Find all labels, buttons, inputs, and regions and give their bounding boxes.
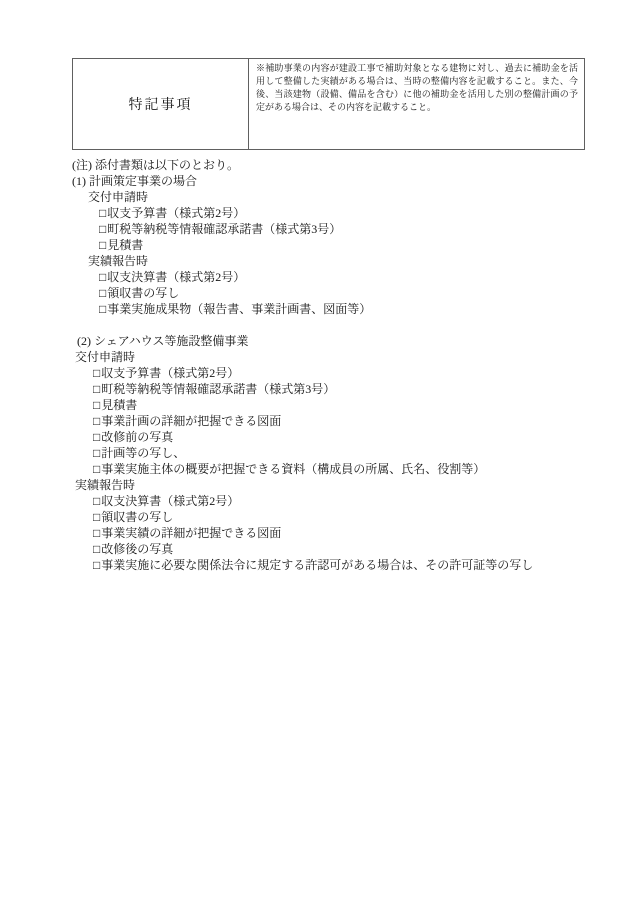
- checklist-item: □事業実施に必要な関係法令に規定する許認可がある場合は、その許可証等の写し: [72, 557, 533, 573]
- checklist-item: □見積書: [72, 237, 533, 253]
- checkbox-icon: □: [99, 222, 106, 236]
- checklist-item: □計画等の写し、: [72, 445, 533, 461]
- checkbox-icon: □: [93, 558, 100, 572]
- checkbox-icon: □: [99, 302, 106, 316]
- checklist-item-label: 収支決算書（様式第2号）: [107, 270, 245, 284]
- phase-label-application: 交付申請時: [72, 349, 533, 365]
- checkbox-icon: □: [93, 366, 100, 380]
- checklist-item-label: 計画等の写し、: [101, 446, 185, 460]
- checklist-item-label: 事業実績の詳細が把握できる図面: [101, 526, 281, 540]
- checklist-item-label: 町税等納税等情報確認承諾書（様式第3号）: [107, 222, 341, 236]
- checklist-item: □事業計画の詳細が把握できる図面: [72, 413, 533, 429]
- phase-label-application: 交付申請時: [72, 189, 533, 205]
- checkbox-icon: □: [99, 286, 106, 300]
- checklist-application: □収支予算書（様式第2号）□町税等納税等情報確認承諾書（様式第3号）□見積書: [72, 205, 533, 253]
- checkbox-icon: □: [93, 542, 100, 556]
- phase-label-report: 実績報告時: [72, 477, 533, 493]
- section-plan: (1) 計画策定事業の場合 交付申請時 □収支予算書（様式第2号）□町税等納税等…: [72, 173, 533, 317]
- phase-label-report: 実績報告時: [72, 253, 533, 269]
- special-notes-table: 特記事項 ※補助事業の内容が建設工事で補助対象となる建物に対し、過去に補助金を活…: [72, 58, 585, 150]
- checkbox-icon: □: [99, 206, 106, 220]
- checklist-item-label: 見積書: [107, 238, 143, 252]
- checkbox-icon: □: [93, 494, 100, 508]
- checklist-item: □事業実績の詳細が把握できる図面: [72, 525, 533, 541]
- checklist-item: □収支予算書（様式第2号）: [72, 365, 533, 381]
- checklist-item: □領収書の写し: [72, 285, 533, 301]
- checkbox-icon: □: [99, 270, 106, 284]
- checklist-item-label: 事業実施主体の概要が把握できる資料（構成員の所属、氏名、役割等）: [101, 462, 485, 476]
- checkbox-icon: □: [93, 430, 100, 444]
- checkbox-icon: □: [93, 462, 100, 476]
- attachments-note: (注) 添付書類は以下のとおり。: [72, 157, 533, 173]
- checklist-item: □収支決算書（様式第2号）: [72, 269, 533, 285]
- section-sharehouse: (2) シェアハウス等施設整備事業 交付申請時 □収支予算書（様式第2号）□町税…: [72, 333, 533, 573]
- checklist-application: □収支予算書（様式第2号）□町税等納税等情報確認承諾書（様式第3号）□見積書□事…: [72, 365, 533, 477]
- section-sharehouse-title: (2) シェアハウス等施設整備事業: [72, 333, 533, 349]
- document-page: 特記事項 ※補助事業の内容が建設工事で補助対象となる建物に対し、過去に補助金を活…: [0, 0, 630, 903]
- checklist-item: □収支決算書（様式第2号）: [72, 493, 533, 509]
- checkbox-icon: □: [93, 398, 100, 412]
- checklist-item: □収支予算書（様式第2号）: [72, 205, 533, 221]
- checklist-report: □収支決算書（様式第2号）□領収書の写し□事業実績の詳細が把握できる図面□改修後…: [72, 493, 533, 573]
- checklist-item: □見積書: [72, 397, 533, 413]
- checkbox-icon: □: [93, 526, 100, 540]
- section-plan-title: (1) 計画策定事業の場合: [72, 173, 533, 189]
- checklist-item-label: 収支予算書（様式第2号）: [107, 206, 245, 220]
- checklist-item-label: 事業実施成果物（報告書、事業計画書、図面等）: [107, 302, 371, 316]
- checkbox-icon: □: [99, 238, 106, 252]
- checklist-item-label: 改修前の写真: [101, 430, 173, 444]
- special-notes-text: ※補助事業の内容が建設工事で補助対象となる建物に対し、過去に補助金を活用して整備…: [256, 62, 578, 114]
- checklist-item-label: 領収書の写し: [107, 286, 179, 300]
- checklist-item: □改修前の写真: [72, 429, 533, 445]
- checklist-item-label: 収支予算書（様式第2号）: [101, 366, 239, 380]
- checklist-item: □事業実施成果物（報告書、事業計画書、図面等）: [72, 301, 533, 317]
- checklist-item-label: 事業実施に必要な関係法令に規定する許認可がある場合は、その許可証等の写し: [101, 558, 533, 572]
- checklist-item: □改修後の写真: [72, 541, 533, 557]
- checklist-item-label: 収支決算書（様式第2号）: [101, 494, 239, 508]
- special-notes-text-cell: ※補助事業の内容が建設工事で補助対象となる建物に対し、過去に補助金を活用して整備…: [249, 59, 584, 149]
- special-notes-title: 特記事項: [129, 94, 193, 114]
- section-spacer: [72, 317, 533, 333]
- checklist-item: □領収書の写し: [72, 509, 533, 525]
- checklist-item: □町税等納税等情報確認承諾書（様式第3号）: [72, 221, 533, 237]
- attachments-list: (注) 添付書類は以下のとおり。 (1) 計画策定事業の場合 交付申請時 □収支…: [72, 157, 533, 573]
- checkbox-icon: □: [93, 446, 100, 460]
- checklist-item-label: 事業計画の詳細が把握できる図面: [101, 414, 281, 428]
- checklist-item-label: 改修後の写真: [101, 542, 173, 556]
- checklist-item-label: 領収書の写し: [101, 510, 173, 524]
- checkbox-icon: □: [93, 414, 100, 428]
- special-notes-label-cell: 特記事項: [73, 59, 249, 149]
- checklist-item-label: 見積書: [101, 398, 137, 412]
- checkbox-icon: □: [93, 510, 100, 524]
- checklist-item: □事業実施主体の概要が把握できる資料（構成員の所属、氏名、役割等）: [72, 461, 533, 477]
- checkbox-icon: □: [93, 382, 100, 396]
- checklist-item-label: 町税等納税等情報確認承諾書（様式第3号）: [101, 382, 335, 396]
- checklist-item: □町税等納税等情報確認承諾書（様式第3号）: [72, 381, 533, 397]
- checklist-report: □収支決算書（様式第2号）□領収書の写し□事業実施成果物（報告書、事業計画書、図…: [72, 269, 533, 317]
